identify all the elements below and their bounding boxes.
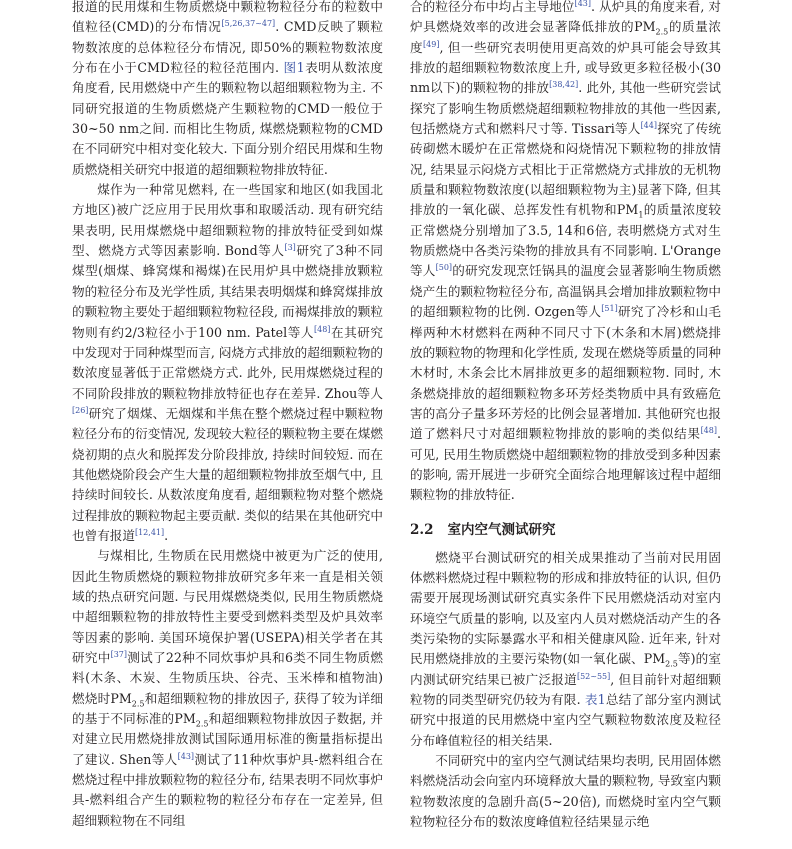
paragraph-coal-combustion: 煤作为一种常见燃料, 在一些国家和地区(如我国北方地区)被广泛应用于民用炊事和取… xyxy=(72,180,383,546)
citation-link[interactable]: [49] xyxy=(423,40,439,49)
section-heading: 2.2室内空气测试研究 xyxy=(410,520,721,540)
subscript: 2.5 xyxy=(132,699,145,708)
left-column: 报道的民用煤和生物质燃烧中颗粒物粒径分布的粒数中值粒径(CMD)的分布情况[5,… xyxy=(72,0,383,831)
citation-link[interactable]: [44] xyxy=(641,121,657,130)
citation-link[interactable]: [43] xyxy=(178,752,194,761)
figure-1-link[interactable]: 图1 xyxy=(284,60,305,75)
subscript: 2.5 xyxy=(665,660,678,669)
paragraph-indoor-results: 不同研究中的室内空气测试结果均表明, 民用固体燃料燃烧活动会向室内环境释放大量的… xyxy=(410,751,721,832)
table-1-link[interactable]: 表1 xyxy=(585,692,606,707)
citation-link[interactable]: [3] xyxy=(284,243,295,252)
paragraph-cmd-distribution: 报道的民用煤和生物质燃烧中颗粒物粒径分布的粒数中值粒径(CMD)的分布情况[5,… xyxy=(72,0,383,180)
subscript: 2.5 xyxy=(656,28,669,37)
citation-link[interactable]: [48] xyxy=(314,324,330,333)
citation-link[interactable]: [38,42] xyxy=(549,80,578,89)
citation-link[interactable]: [48] xyxy=(701,426,717,435)
citation-link[interactable]: [26] xyxy=(72,406,88,415)
subscript: 2.5 xyxy=(196,720,209,729)
section-title: 室内空气测试研究 xyxy=(448,522,556,538)
citation-link[interactable]: [5,26,37~47] xyxy=(222,19,276,28)
citation-link[interactable]: [51] xyxy=(601,304,617,313)
right-column: 合的粒径分布中均占主导地位[43]. 从炉具的角度来看, 对炉具燃烧效率的改进会… xyxy=(410,0,721,832)
citation-link[interactable]: [50] xyxy=(436,263,452,272)
paragraph-biomass-combustion: 与煤相比, 生物质在民用燃烧中被更为广泛的使用, 因此生物质燃烧的颗粒物排放研究… xyxy=(72,546,383,831)
citation-link[interactable]: [37] xyxy=(111,650,127,659)
citation-link[interactable]: [52~55] xyxy=(577,671,610,680)
citation-link[interactable]: [43] xyxy=(575,0,591,8)
paragraph-stove-efficiency: 合的粒径分布中均占主导地位[43]. 从炉具的角度来看, 对炉具燃烧效率的改进会… xyxy=(410,0,721,506)
citation-link[interactable]: [12,41] xyxy=(135,528,164,537)
section-number: 2.2 xyxy=(410,522,434,538)
paragraph-indoor-testing: 燃烧平台测试研究的相关成果推动了当前对民用固体燃料燃烧过程中颗粒物的形成和排放特… xyxy=(410,548,721,751)
